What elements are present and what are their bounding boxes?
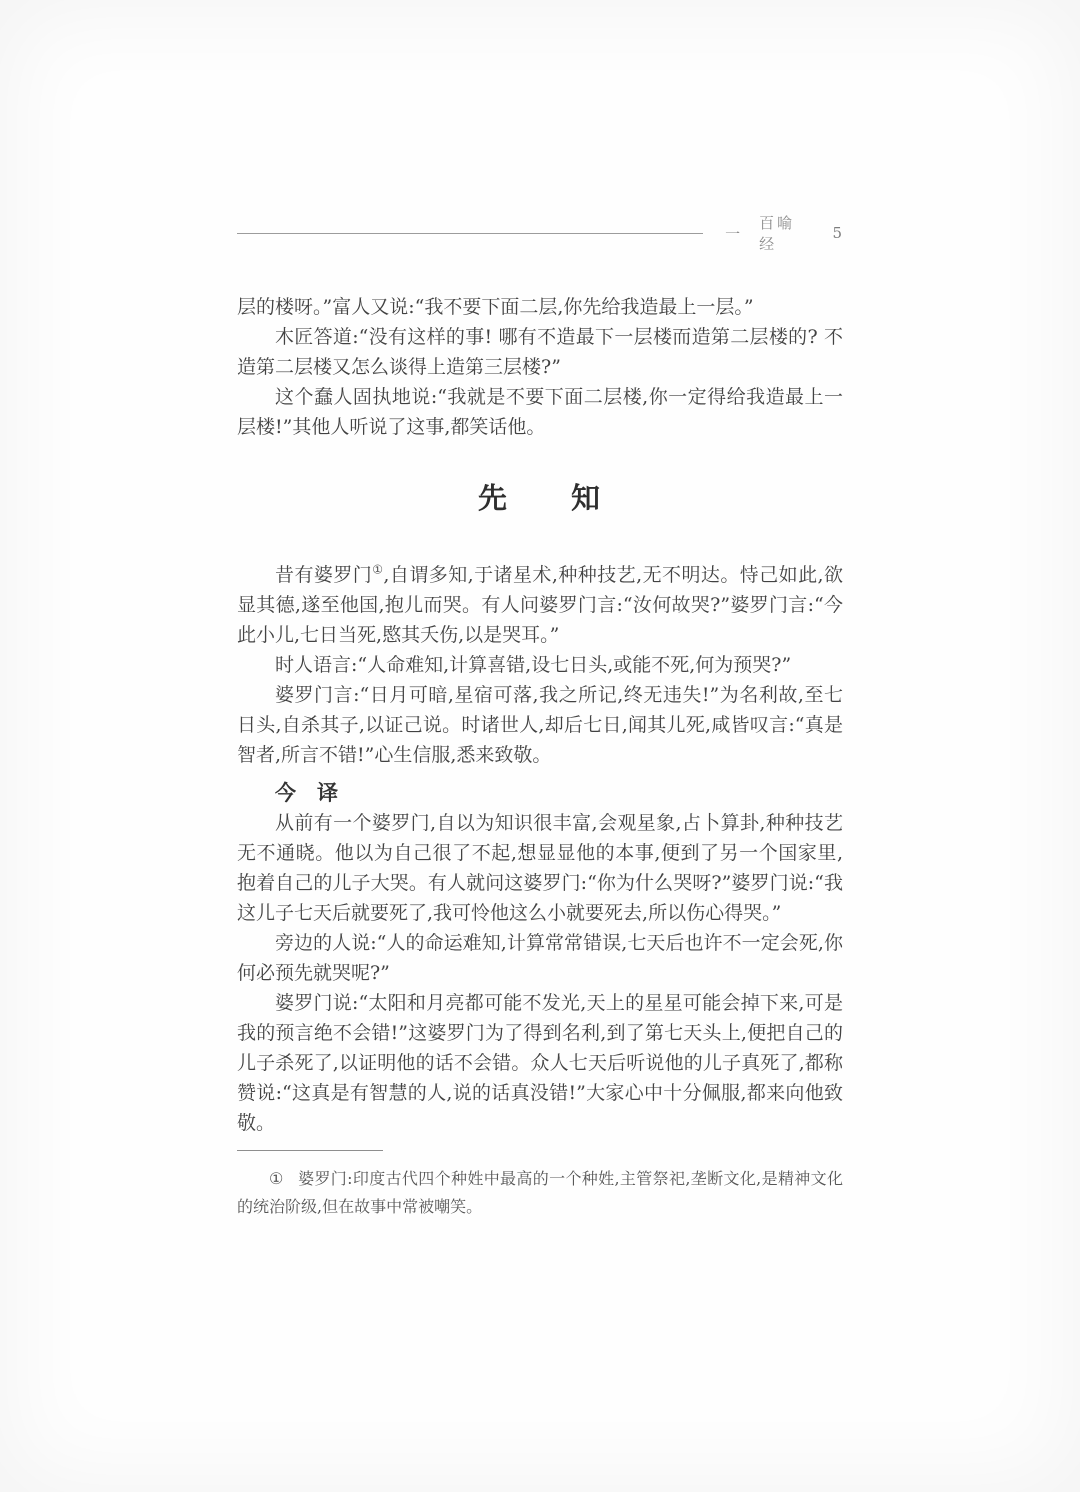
header-rule [237, 233, 703, 234]
prev-story-paragraph-2: 木匠答道:“没有这样的事! 哪有不造最下一层楼而造第二层楼的? 不造第二层楼又怎… [237, 322, 843, 382]
classical-paragraph-3: 婆罗门言:“日月可暗,星宿可落,我之所记,终无违失!”为名利故,至七日头,自杀其… [237, 680, 843, 770]
classical-paragraph-1: 昔有婆罗门①,自谓多知,于诸星术,种种技艺,无不明达。恃己如此,欲显其德,遂至他… [237, 560, 843, 650]
translation-paragraph-3: 婆罗门说:“太阳和月亮都可能不发光,天上的星星可能会掉下来,可是我的预言绝不会错… [237, 988, 843, 1138]
prev-story-paragraph-3: 这个蠢人固执地说:“我就是不要下面二层楼,你一定得给我造最上一层楼!”其他人听说… [237, 382, 843, 442]
page-content: 一 百喻经 5 层的楼呀。”富人又说:“我不要下面二层,你先给我造最上一层。” … [237, 0, 843, 1221]
book-title: 百喻经 [759, 212, 812, 254]
section-heading-translation: 今 译 [275, 778, 843, 808]
prev-story-paragraph-1: 层的楼呀。”富人又说:“我不要下面二层,你先给我造最上一层。” [237, 292, 843, 322]
book-page: 一 百喻经 5 层的楼呀。”富人又说:“我不要下面二层,你先给我造最上一层。” … [0, 0, 1080, 1492]
footnote: ①婆罗门:印度古代四个种姓中最高的一个种姓,主管祭祀,垄断文化,是精神文化的统治… [237, 1165, 843, 1221]
classical-paragraph-2: 时人语言:“人命难知,计算喜错,设七日头,或能不死,何为预哭?” [237, 650, 843, 680]
footnote-text: 婆罗门:印度古代四个种姓中最高的一个种姓,主管祭祀,垄断文化,是精神文化的统治阶… [237, 1169, 843, 1216]
classical-paragraph-1-text: 昔有婆罗门 [275, 564, 372, 586]
chapter-marker: 一 [725, 223, 741, 244]
running-header: 一 百喻经 5 [237, 224, 843, 242]
story-title: 先 知 [237, 478, 843, 518]
footnote-divider [237, 1150, 383, 1151]
footnote-reference: ① [372, 563, 383, 577]
footnote-section: ①婆罗门:印度古代四个种姓中最高的一个种姓,主管祭祀,垄断文化,是精神文化的统治… [237, 1150, 843, 1221]
page-number: 5 [832, 224, 843, 242]
translation-paragraph-1: 从前有一个婆罗门,自以为知识很丰富,会观星象,占卜算卦,种种技艺无不通晓。他以为… [237, 808, 843, 928]
footnote-marker: ① [269, 1169, 284, 1188]
translation-paragraph-2: 旁边的人说:“人的命运难知,计算常常错误,七天后也许不一定会死,你何必预先就哭呢… [237, 928, 843, 988]
